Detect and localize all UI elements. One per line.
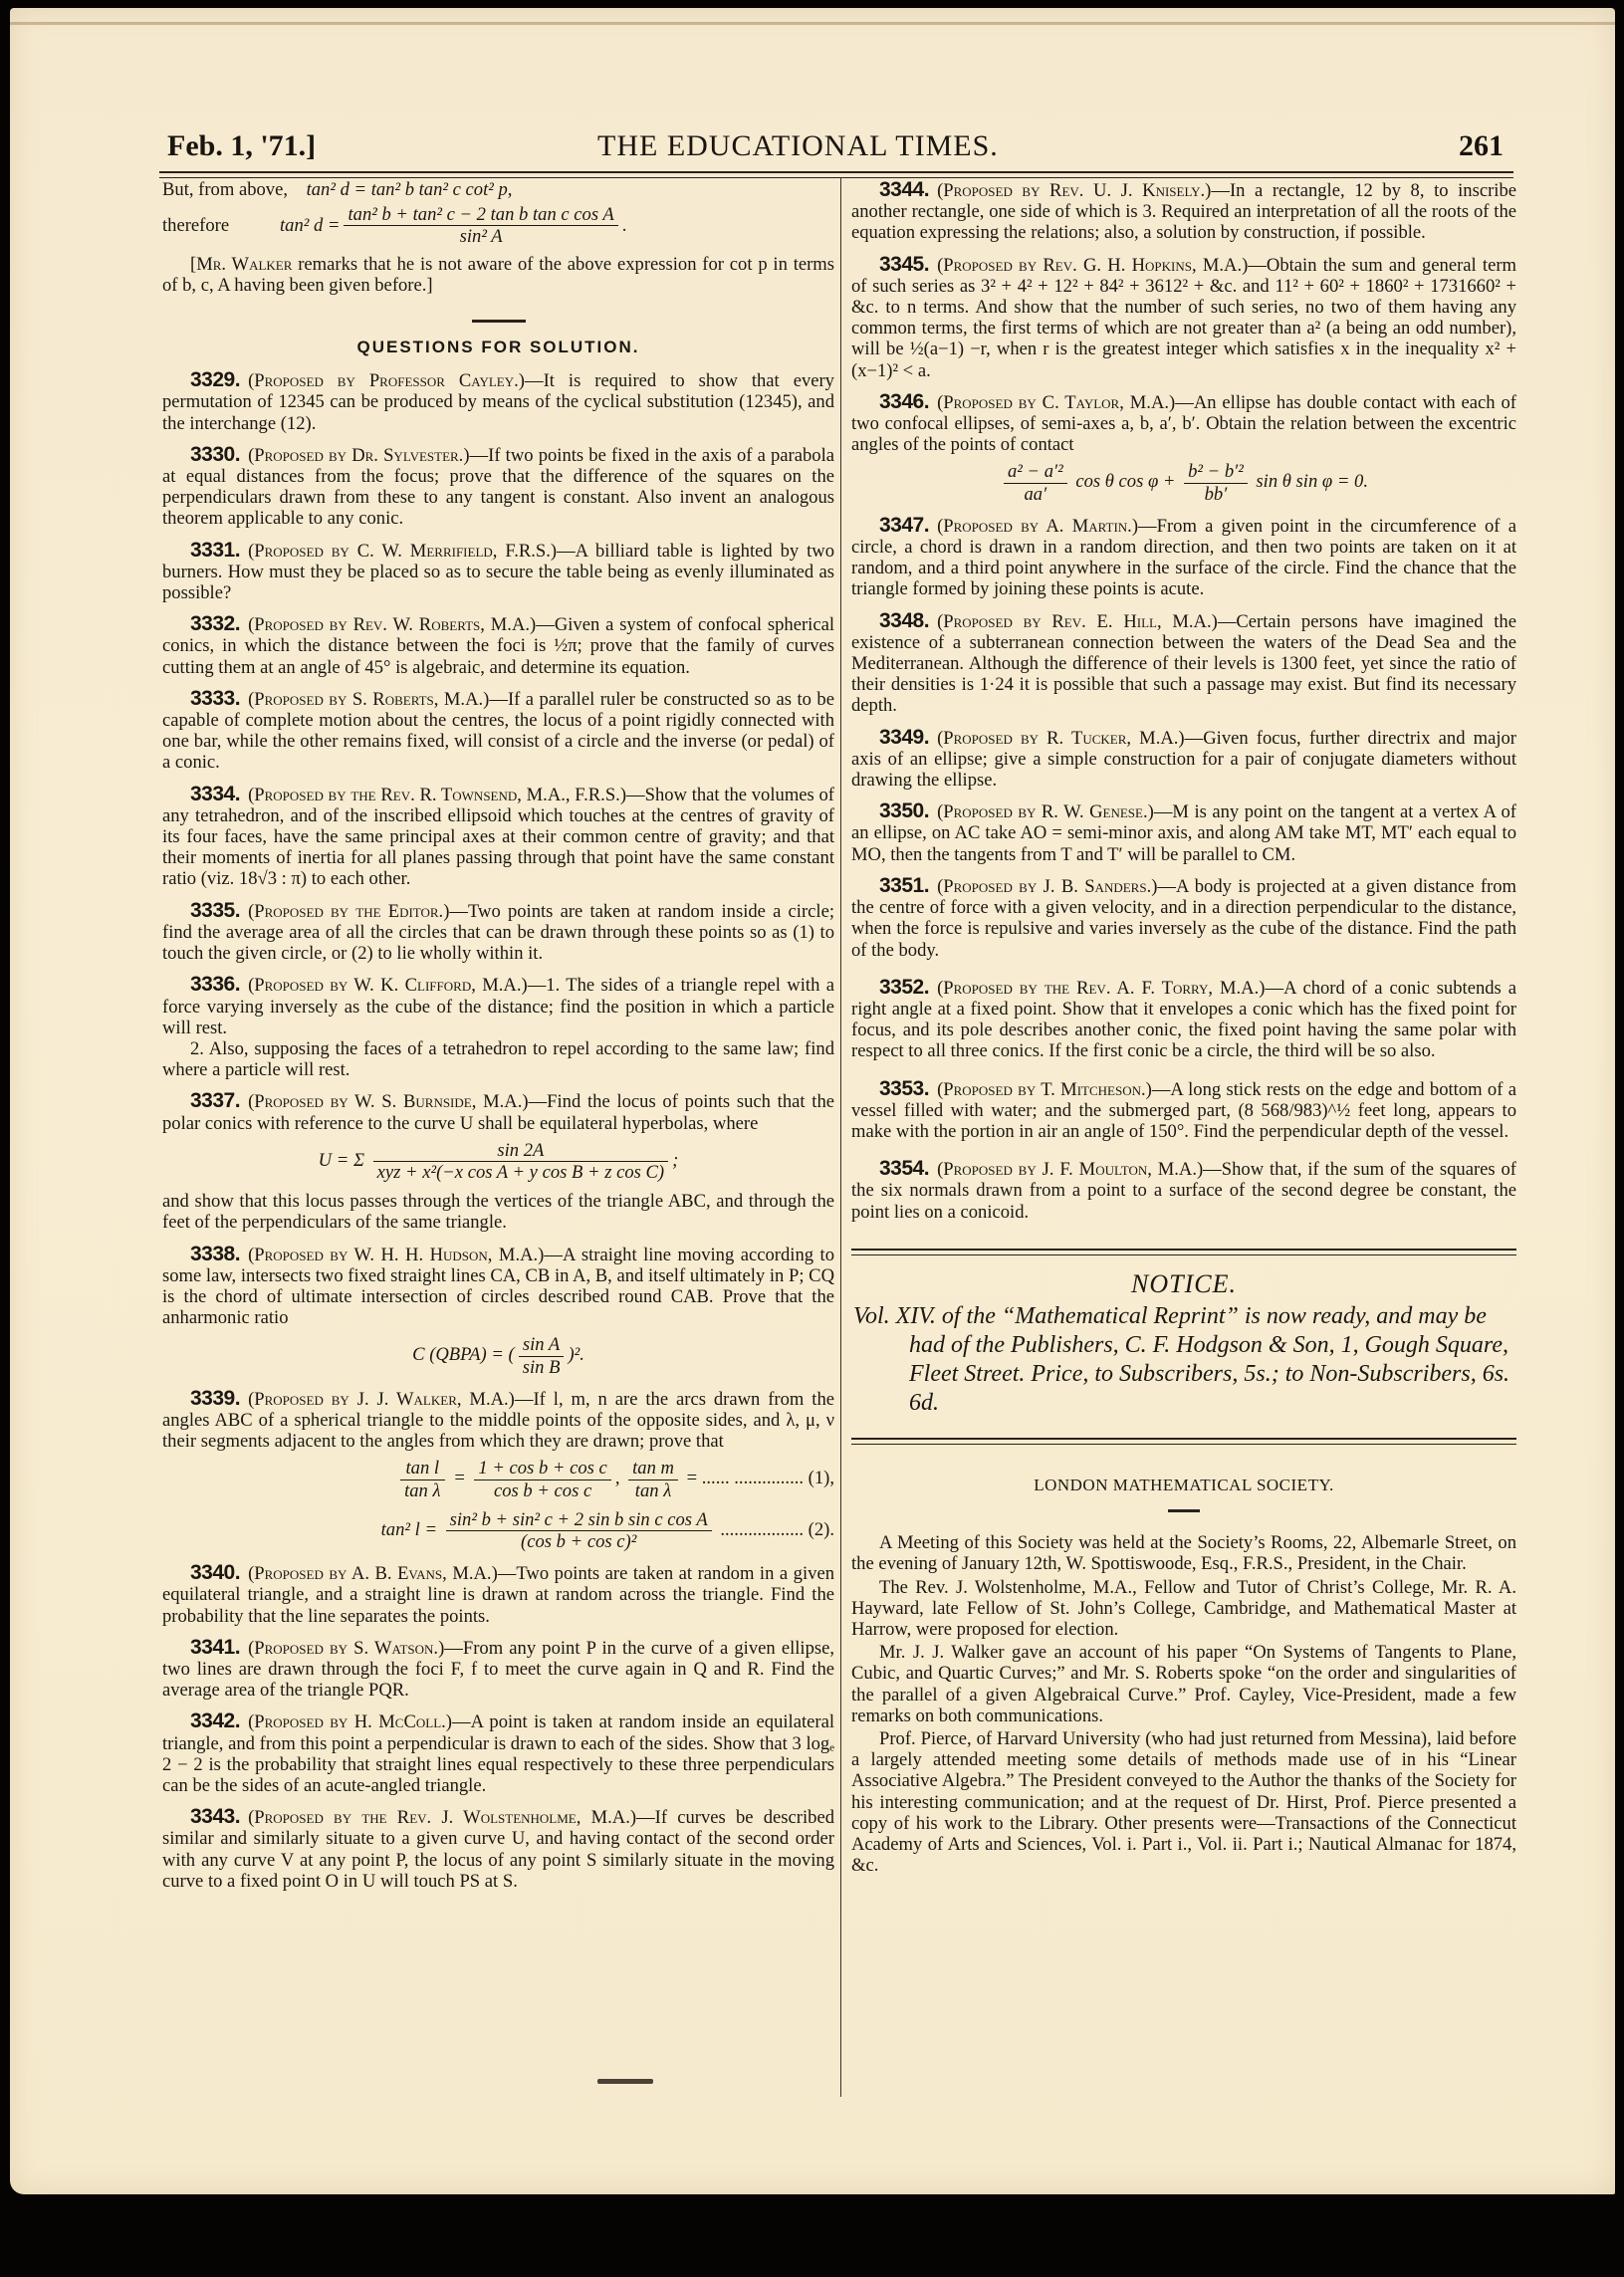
intro-equation-2-fraction: tan² b + tan² c − 2 tan b tan c cos A si… (344, 204, 617, 247)
question-proposer: (Proposed by Rev. W. Roberts, M.A.) (248, 614, 536, 635)
fraction-numerator: tan² b + tan² c − 2 tan b tan c cos A (344, 204, 617, 226)
question-proposer: (Proposed by A. Martin.) (937, 516, 1138, 537)
question-number: 3330. (190, 443, 240, 466)
question-3337: 3337.(Proposed by W. S. Burnside, M.A.)—… (162, 1090, 834, 1233)
fraction-denominator: (cos b + cos c)² (446, 1531, 712, 1552)
question-number: 3352. (879, 976, 929, 999)
question-proposer: (Proposed by A. B. Evans, M.A.) (248, 1563, 498, 1584)
equation-3337: U = Σ sin 2A xyz + x²(−x cos A + y cos B… (162, 1140, 834, 1183)
question-number: 3332. (190, 612, 240, 635)
question-3347: 3347.(Proposed by A. Martin.)—From a giv… (851, 515, 1516, 600)
equation-fraction: sin² b + sin² c + 2 sin b sin c cos A(co… (446, 1509, 712, 1552)
question-proposer: (Proposed by J. B. Sanders.) (937, 876, 1157, 897)
fraction-numerator: 1 + cos b + cos c (474, 1458, 610, 1480)
equation-fraction: tan mtan λ (628, 1458, 678, 1500)
society-title-rule (1168, 1509, 1200, 1512)
question-3353: 3353.(Proposed by T. Mitcheson.)—A long … (851, 1078, 1516, 1143)
question-number: 3353. (879, 1077, 929, 1100)
equation-3339-1: tan ltan λ = 1 + cos b + cos ccos b + co… (162, 1458, 834, 1500)
question-3338: 3338.(Proposed by W. H. H. Hudson, M.A.)… (162, 1244, 834, 1378)
society-block: LONDON MATHEMATICAL SOCIETY. A Meeting o… (851, 1475, 1516, 1876)
question-number: 3335. (190, 899, 240, 922)
journal-title: THE EDUCATIONAL TIMES. (597, 129, 999, 163)
notice-top-rule (851, 1249, 1516, 1255)
question-3348: 3348.(Proposed by Rev. E. Hill, M.A.)—Ce… (851, 610, 1516, 717)
question-3352: 3352.(Proposed by the Rev. A. F. Torry, … (851, 977, 1516, 1062)
question-proposer: (Proposed by J. F. Moulton, M.A.) (937, 1159, 1203, 1180)
question-number: 3340. (190, 1561, 240, 1584)
question-3336: 3336.(Proposed by W. K. Clifford, M.A.)—… (162, 974, 834, 1038)
fraction-numerator: a² − a′² (1004, 461, 1067, 483)
question-proposer: (Proposed by the Rev. A. F. Torry, M.A.) (937, 978, 1265, 999)
equation-tail: sin θ sin φ = 0. (1256, 471, 1368, 492)
question-proposer: (Proposed by H. McColl.) (248, 1711, 452, 1732)
equation-tail: )². (568, 1344, 583, 1365)
fraction-numerator: sin 2A (373, 1140, 668, 1162)
question-proposer: (Proposed by Rev. G. H. Hopkins, M.A.) (937, 255, 1248, 276)
question-3340: 3340.(Proposed by A. B. Evans, M.A.)—Two… (162, 1562, 834, 1627)
question-3342: 3342.(Proposed by H. McColl.)—A point is… (162, 1710, 834, 1796)
fraction-denominator: sin² A (344, 226, 617, 247)
question-proposer: (Proposed by Dr. Sylvester.) (248, 445, 469, 466)
equation-fraction: 1 + cos b + cos ccos b + cos c (474, 1458, 610, 1500)
question-3336-part-2: 2. Also, supposing the faces of a tetrah… (162, 1038, 834, 1080)
question-proposer: (Proposed by J. J. Walker, M.A.) (248, 1389, 515, 1410)
question-proposer: (Proposed by Rev. U. J. Knisely.) (937, 180, 1211, 201)
page-number: 261 (1459, 129, 1504, 163)
equation-lhs: C (QBPA) = ( (412, 1344, 515, 1365)
fraction-numerator: tan m (628, 1458, 678, 1480)
question-number: 3334. (190, 783, 240, 805)
fraction-numerator: sin² b + sin² c + 2 sin b sin c cos A (446, 1509, 712, 1531)
fraction-numerator: b² − b′² (1184, 461, 1248, 483)
question-3345: 3345.(Proposed by Rev. G. H. Hopkins, M.… (851, 254, 1516, 381)
question-3333: 3333.(Proposed by S. Roberts, M.A.)—If a… (162, 688, 834, 774)
question-3339: 3339.(Proposed by J. J. Walker, M.A.)—If… (162, 1388, 834, 1552)
equation-tail: .................. (2). (720, 1519, 834, 1540)
question-3351: 3351.(Proposed by J. B. Sanders.)—A body… (851, 875, 1516, 961)
intro-equation-2-lhs: tan² d = (280, 215, 340, 236)
question-number: 3350. (879, 799, 929, 822)
question-number: 3333. (190, 687, 240, 710)
intro-label-1: But, from above, (162, 179, 288, 200)
question-3349: 3349.(Proposed by R. Tucker, M.A.)—Given… (851, 727, 1516, 792)
question-number: 3346. (879, 390, 929, 413)
page-header: Feb. 1, '71.] THE EDUCATIONAL TIMES. 261 (159, 129, 1513, 169)
question-3354: 3354.(Proposed by J. F. Moulton, M.A.)—S… (851, 1158, 1516, 1223)
notice-body: Vol. XIV. of the “Mathematical Reprint” … (851, 1302, 1516, 1418)
question-3332: 3332.(Proposed by Rev. W. Roberts, M.A.)… (162, 613, 834, 678)
question-proposer: (Proposed by S. Roberts, M.A.) (248, 689, 489, 710)
question-number: 3345. (879, 253, 929, 276)
ink-mark-decoration (597, 2079, 653, 2084)
question-3341: 3341.(Proposed by S. Watson.)—From any p… (162, 1637, 834, 1702)
section-rule (472, 320, 526, 323)
right-column: 3344.(Proposed by Rev. U. J. Knisely.)—I… (851, 179, 1516, 1878)
question-3331: 3331.(Proposed by C. W. Merrifield, F.R.… (162, 540, 834, 604)
intro-block: But, from above, tan² d = tan² b tan² c … (162, 179, 834, 296)
notice-title: NOTICE. (851, 1273, 1516, 1294)
question-number: 3347. (879, 514, 929, 537)
question-proposer: (Proposed by T. Mitcheson.) (937, 1079, 1152, 1100)
question-number: 3348. (879, 609, 929, 632)
question-number: 3351. (879, 874, 929, 897)
society-paragraph: A Meeting of this Society was held at th… (851, 1532, 1516, 1574)
notice-bottom-rule (851, 1438, 1516, 1445)
equation-3338: C (QBPA) = ( sin A sin B )². (162, 1334, 834, 1377)
question-proposer: (Proposed by W. S. Burnside, M.A.) (248, 1091, 529, 1112)
question-number: 3354. (879, 1157, 929, 1180)
fraction-denominator: sin B (519, 1357, 565, 1378)
question-number: 3344. (879, 178, 929, 201)
equation-3339-2: tan² l = sin² b + sin² c + 2 sin b sin c… (162, 1509, 834, 1552)
question-number: 3342. (190, 1709, 240, 1732)
question-3329: 3329.(Proposed by Professor Cayley.)—It … (162, 369, 834, 434)
question-3344: 3344.(Proposed by Rev. U. J. Knisely.)—I… (851, 179, 1516, 244)
equation-fraction: tan ltan λ (400, 1458, 444, 1500)
question-number: 3349. (879, 726, 929, 749)
equation-3346: a² − a′²aa′ cos θ cos φ + b² − b′²bb′ si… (851, 461, 1516, 504)
question-proposer: (Proposed by W. K. Clifford, M.A.) (248, 975, 528, 996)
issue-date: Feb. 1, '71.] (167, 129, 316, 163)
question-proposer: (Proposed by C. Taylor, M.A.) (937, 392, 1175, 413)
question-number: 3329. (190, 368, 240, 391)
question-3335: 3335.(Proposed by the Editor.)—Two point… (162, 900, 834, 965)
equation-tail: ; (672, 1150, 678, 1171)
question-proposer: (Proposed by the Rev. J. Wolstenholme, M… (248, 1807, 636, 1828)
question-number: 3337. (190, 1089, 240, 1112)
intro-equation-1: tan² d = tan² b tan² c cot² p, (307, 179, 513, 200)
question-text-continued: and show that this locus passes through … (162, 1191, 834, 1233)
question-number: 3343. (190, 1805, 240, 1828)
walker-remark: [Mr. Walker remarks that he is not aware… (162, 254, 834, 296)
fraction-denominator: cos b + cos c (474, 1480, 610, 1501)
equation-fraction: sin A sin B (519, 1334, 565, 1377)
notice-block: NOTICE. Vol. XIV. of the “Mathematical R… (851, 1273, 1516, 1418)
fraction-denominator: tan λ (400, 1480, 444, 1501)
question-number: 3339. (190, 1387, 240, 1410)
question-3343: 3343.(Proposed by the Rev. J. Wolstenhol… (162, 1806, 834, 1892)
equation-fraction: sin 2A xyz + x²(−x cos A + y cos B + z c… (373, 1140, 668, 1183)
fraction-denominator: tan λ (628, 1480, 678, 1501)
equation-lhs: U = Σ (319, 1150, 364, 1171)
equation-lhs: tan² l = (381, 1519, 437, 1540)
equation-fraction: b² − b′²bb′ (1184, 461, 1248, 504)
column-divider (840, 177, 841, 2097)
question-proposer: (Proposed by the Rev. R. Townsend, M.A.,… (248, 785, 626, 805)
question-3346: 3346.(Proposed by C. Taylor, M.A.)—An el… (851, 391, 1516, 505)
society-title: LONDON MATHEMATICAL SOCIETY. (851, 1475, 1516, 1495)
question-number: 3341. (190, 1636, 240, 1659)
equation-tail: = ...... ............... (1), (687, 1468, 834, 1488)
question-proposer: (Proposed by C. W. Merrifield, F.R.S.) (248, 541, 557, 562)
question-proposer: (Proposed by R. Tucker, M.A.) (937, 728, 1185, 749)
society-paragraph: The Rev. J. Wolstenholme, M.A., Fellow a… (851, 1577, 1516, 1641)
fraction-denominator: xyz + x²(−x cos A + y cos B + z cos C) (373, 1162, 668, 1183)
fraction-denominator: aa′ (1004, 484, 1067, 505)
question-number: 3336. (190, 973, 240, 996)
page-fold-edge (10, 22, 1615, 25)
question-3334: 3334.(Proposed by the Rev. R. Townsend, … (162, 784, 834, 890)
society-paragraph: Prof. Pierce, of Harvard University (who… (851, 1728, 1516, 1876)
left-column: But, from above, tan² d = tan² b tan² c … (162, 179, 834, 1902)
equation-middle: cos θ cos φ + (1075, 471, 1175, 492)
question-proposer: (Proposed by the Editor.) (248, 901, 449, 922)
question-number: 3338. (190, 1243, 240, 1265)
fraction-numerator: sin A (519, 1334, 565, 1356)
question-proposer: (Proposed by W. H. H. Hudson, M.A.) (248, 1245, 544, 1265)
equation-fraction: a² − a′²aa′ (1004, 461, 1067, 504)
society-paragraph: Mr. J. J. Walker gave an account of his … (851, 1642, 1516, 1726)
header-rule (159, 171, 1513, 178)
question-proposer: (Proposed by Professor Cayley.) (248, 370, 525, 391)
question-3350: 3350.(Proposed by R. W. Genese.)—M is an… (851, 800, 1516, 865)
fraction-numerator: tan l (400, 1458, 444, 1480)
section-title-questions: QUESTIONS FOR SOLUTION. (162, 337, 834, 357)
intro-label-2: therefore (162, 215, 280, 236)
question-proposer: (Proposed by S. Watson.) (248, 1638, 444, 1659)
question-proposer: (Proposed by Rev. E. Hill, M.A.) (937, 611, 1218, 632)
fraction-denominator: bb′ (1184, 484, 1248, 505)
question-3330: 3330.(Proposed by Dr. Sylvester.)—If two… (162, 444, 834, 530)
question-number: 3331. (190, 539, 240, 562)
remark-name: Mr. Walker (196, 254, 292, 275)
question-proposer: (Proposed by R. W. Genese.) (937, 801, 1154, 822)
